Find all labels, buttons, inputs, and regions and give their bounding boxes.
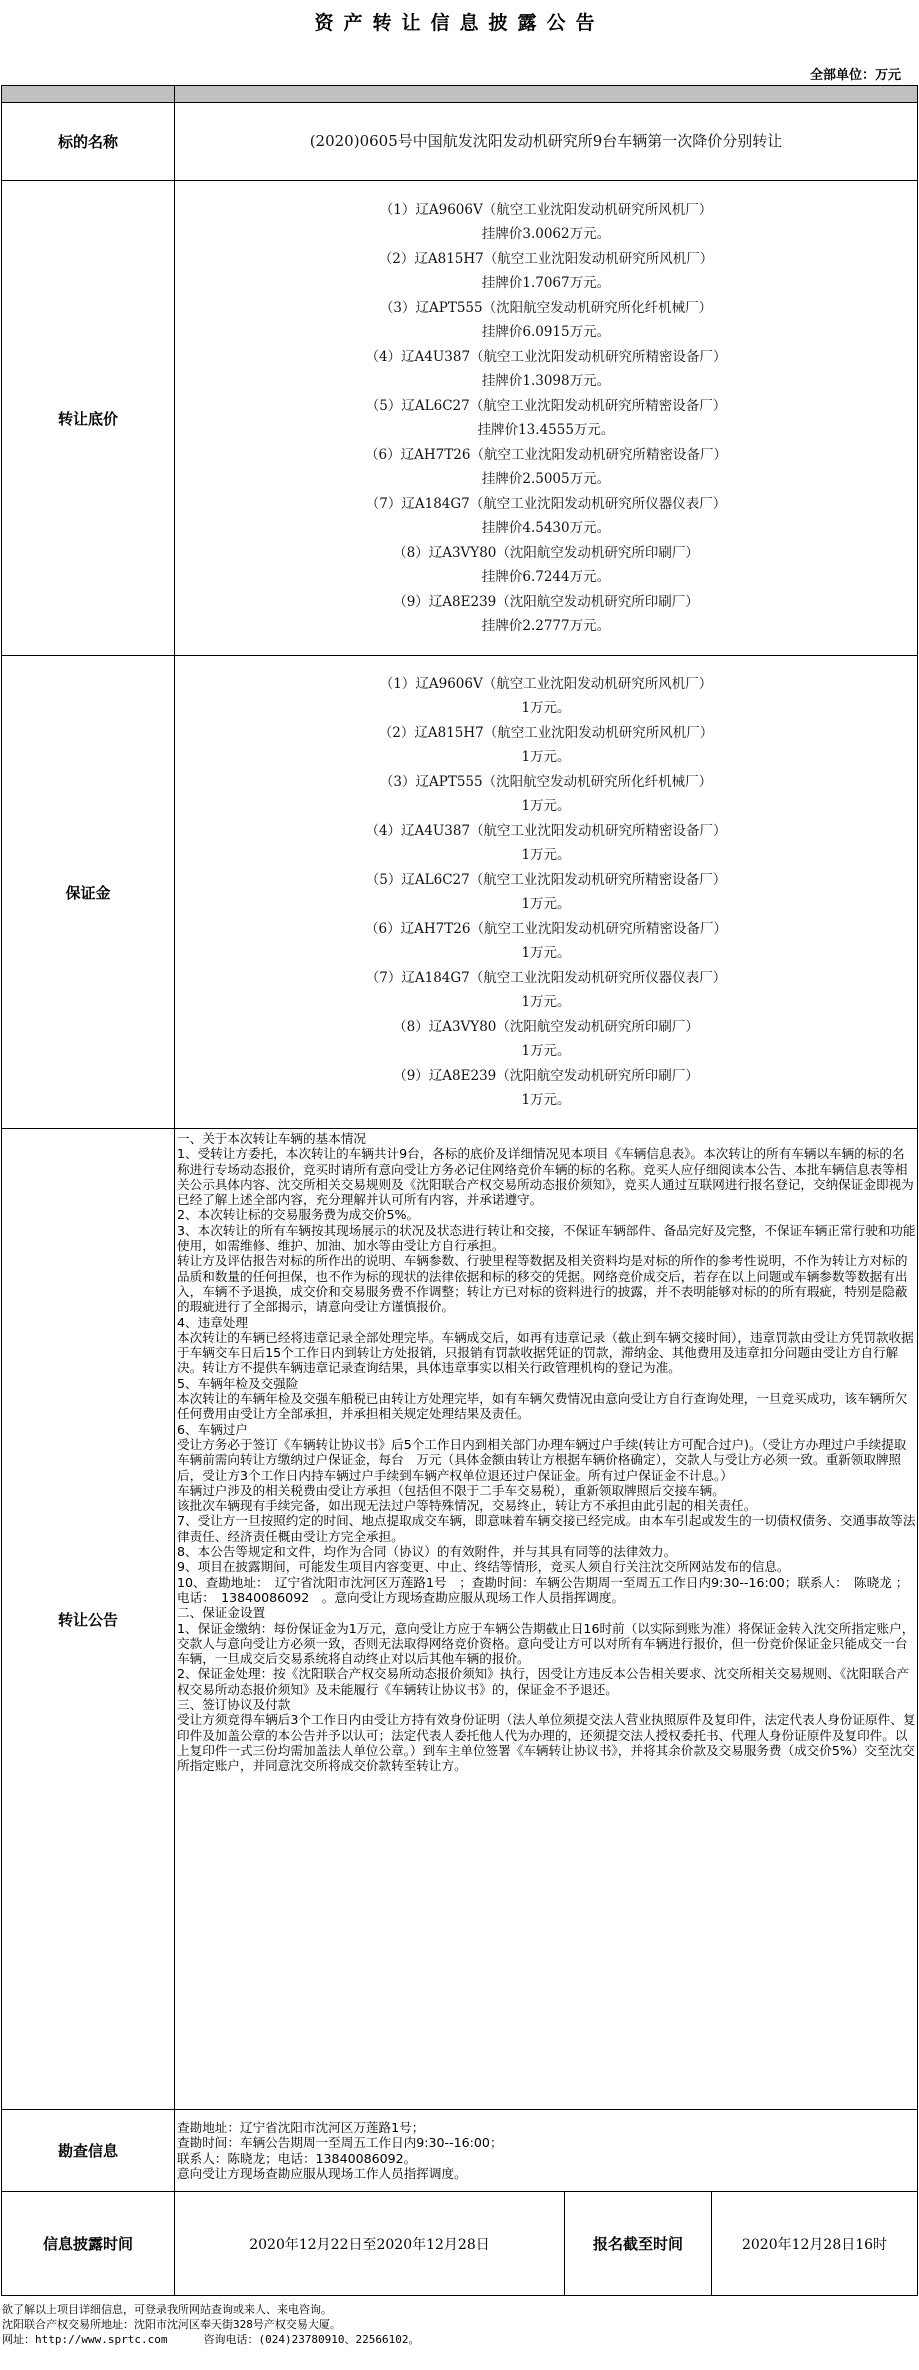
notice-paragraph: 2、本次转让标的交易服务费为成交价5%。 (177, 1207, 917, 1222)
row-disclosure-time: 信息披露时间 2020年12月22日至2020年12月28日 报名截至时间 20… (2, 2192, 918, 2296)
notice-paragraph: 5、车辆年检及交强险 (177, 1376, 917, 1391)
notice-paragraph: 该批次车辆现有手续完备，如出现无法过户等特殊情况，交易终止，转让方不承担由此引起… (177, 1498, 917, 1513)
website-label: 网址： (2, 2333, 35, 2346)
deposit-vehicle-1: （1）辽A9606V（航空工业沈阳发动机研究所风机厂） (175, 672, 917, 697)
price-8: 挂牌价6.7244万元。 (175, 565, 917, 590)
deposit-amount-5: 1万元。 (175, 892, 917, 917)
deposit-amount-3: 1万元。 (175, 794, 917, 819)
notice-paragraph: 7、受让方一旦按照约定的时间、地点提取成交车辆，即意味着车辆交接已经完成。由本车… (177, 1513, 917, 1544)
unit-label: 全部单位：万元 (810, 64, 901, 83)
deposit-amount-1: 1万元。 (175, 696, 917, 721)
phone-number: (024)23780910、22566102。 (258, 2333, 419, 2346)
deposit-amount-2: 1万元。 (175, 745, 917, 770)
price-1: 挂牌价3.0062万元。 (175, 222, 917, 247)
deposit-vehicle-9: （9）辽A8E239（沈阳航空发动机研究所印刷厂） (175, 1064, 917, 1089)
notice-paragraph: 1、保证金缴纳：每份保证金为1万元，意向受让方应于车辆公告期截止日16时前（以实… (177, 1621, 917, 1667)
deposit-vehicle-5: （5）辽AL6C27（航空工业沈阳发动机研究所精密设备厂） (175, 868, 917, 893)
deposit-vehicle-3: （3）辽APT555（沈阳航空发动机研究所化纤机械厂） (175, 770, 917, 795)
notice-paragraph: 一、关于本次转让车辆的基本情况 (177, 1131, 917, 1146)
notice-paragraph: 本次转让的车辆已经将违章记录全部处理完毕。车辆成交后，如再有违章记录（截止到车辆… (177, 1330, 917, 1376)
price-9: 挂牌价2.2777万元。 (175, 614, 917, 639)
notice-paragraph: 车辆过户涉及的相关税费由受让方承担（包括但不限于二手车交易税），重新领取牌照后交… (177, 1483, 917, 1498)
notice-label: 转让公告 (2, 1129, 175, 2110)
deposit-vehicle-2: （2）辽A815H7（航空工业沈阳发动机研究所风机厂） (175, 721, 917, 746)
disclosure-table: 标的名称 (2020)0605号中国航发沈阳发动机研究所9台车辆第一次降价分别转… (1, 85, 918, 2296)
notice-paragraph: 1、受转让方委托，本次转让的车辆共计9台，各标的底价及详细情况见本项目《车辆信息… (177, 1146, 917, 1207)
survey-time: 查勘时间：车辆公告期周一至周五工作日内9:30--16:00； (177, 2135, 917, 2150)
footer-address: 沈阳联合产权交易所地址：沈阳市沈河区奉天街328号产权交易大厦。 (2, 2317, 420, 2332)
vehicle-4: （4）辽A4U387（航空工业沈阳发动机研究所精密设备厂） (175, 345, 917, 370)
header-row (2, 86, 918, 103)
header-cell-left (2, 86, 175, 103)
footer-info: 欲了解以上项目详细信息，可登录我所网站查询或来人、来电咨询。 (2, 2302, 420, 2317)
footer-contact: 网址：http://www.sprtc.com咨询电话：(024)2378091… (2, 2332, 420, 2347)
deposit-amount-8: 1万元。 (175, 1039, 917, 1064)
row-survey: 勘查信息 查勘地址：辽宁省沈阳市沈河区万莲路1号； 查勘时间：车辆公告期周一至周… (2, 2110, 918, 2192)
notice-paragraph: 10、查勘地址： 辽宁省沈阳市沈河区万莲路1号 ；查勘时间：车辆公告期周一至周五… (177, 1575, 917, 1606)
price-4: 挂牌价1.3098万元。 (175, 369, 917, 394)
price-3: 挂牌价6.0915万元。 (175, 320, 917, 345)
base-price-list: （1）辽A9606V（航空工业沈阳发动机研究所风机厂） 挂牌价3.0062万元。… (175, 181, 918, 656)
price-6: 挂牌价2.5005万元。 (175, 467, 917, 492)
price-2: 挂牌价1.7067万元。 (175, 271, 917, 296)
vehicle-5: （5）辽AL6C27（航空工业沈阳发动机研究所精密设备厂） (175, 394, 917, 419)
notice-paragraph: 转让方及评估报告对标的所作出的说明、车辆参数、行驶里程等数据及相关资料均是对标的… (177, 1253, 917, 1314)
deposit-amount-4: 1万元。 (175, 843, 917, 868)
row-base-price: 转让底价 （1）辽A9606V（航空工业沈阳发动机研究所风机厂） 挂牌价3.00… (2, 181, 918, 656)
deposit-label: 保证金 (2, 656, 175, 1129)
vehicle-3: （3）辽APT555（沈阳航空发动机研究所化纤机械厂） (175, 296, 917, 321)
footer: 欲了解以上项目详细信息，可登录我所网站查询或来人、来电咨询。 沈阳联合产权交易所… (2, 2302, 420, 2347)
notice-paragraph: 受让方务必于签订《车辆转让协议书》后5个工作日内到相关部门办理车辆过户手续(转让… (177, 1437, 917, 1483)
notice-paragraph: 受让方须竞得车辆后3个工作日内由受让方持有效身份证明（法人单位须提交法人营业执照… (177, 1712, 917, 1773)
notice-paragraph: 4、违章处理 (177, 1315, 917, 1330)
vehicle-2: （2）辽A815H7（航空工业沈阳发动机研究所风机厂） (175, 247, 917, 272)
subject-name-label: 标的名称 (2, 103, 175, 181)
disclosure-time-label: 信息披露时间 (2, 2192, 175, 2296)
survey-note: 意向受让方现场查勘应服从现场工作人员指挥调度。 (177, 2166, 917, 2181)
price-7: 挂牌价4.5430万元。 (175, 516, 917, 541)
notice-paragraph: 8、本公告等规定和文件，均作为合同（协议）的有效附件，并与其具有同等的法律效力。 (177, 1544, 917, 1559)
deadline-label: 报名截至时间 (565, 2192, 712, 2296)
deposit-amount-9: 1万元。 (175, 1088, 917, 1113)
subject-name-value: (2020)0605号中国航发沈阳发动机研究所9台车辆第一次降价分别转让 (175, 103, 918, 181)
notice-paragraph: 三、签订协议及付款 (177, 1697, 917, 1712)
deposit-vehicle-7: （7）辽A184G7（航空工业沈阳发动机研究所仪器仪表厂） (175, 966, 917, 991)
vehicle-7: （7）辽A184G7（航空工业沈阳发动机研究所仪器仪表厂） (175, 492, 917, 517)
notice-paragraph: 二、保证金设置 (177, 1605, 917, 1620)
survey-address: 查勘地址：辽宁省沈阳市沈河区万莲路1号； (177, 2120, 917, 2135)
page-title: 资产转让信息披露公告 (0, 8, 919, 35)
survey-body: 查勘地址：辽宁省沈阳市沈河区万莲路1号； 查勘时间：车辆公告期周一至周五工作日内… (175, 2110, 918, 2192)
notice-paragraph: 6、车辆过户 (177, 1422, 917, 1437)
website-link[interactable]: http://www.sprtc.com (35, 2333, 167, 2346)
notice-paragraph: 本次转让的车辆年检及交强车船税已由转让方处理完毕，如有车辆欠费情况由意向受让方自… (177, 1391, 917, 1422)
header-cell-right (175, 86, 918, 103)
deposit-vehicle-8: （8）辽A3VY80（沈阳航空发动机研究所印刷厂） (175, 1015, 917, 1040)
deadline-value: 2020年12月28日16时 (712, 2192, 918, 2296)
vehicle-8: （8）辽A3VY80（沈阳航空发动机研究所印刷厂） (175, 541, 917, 566)
survey-contact: 联系人：陈晓龙；电话：13840086092。 (177, 2151, 917, 2166)
disclosure-time-value: 2020年12月22日至2020年12月28日 (175, 2192, 565, 2296)
survey-label: 勘查信息 (2, 2110, 175, 2192)
notice-paragraph: 3、本次转让的所有车辆按其现场展示的状况及状态进行转让和交接，不保证车辆部件、备… (177, 1223, 917, 1254)
vehicle-9: （9）辽A8E239（沈阳航空发动机研究所印刷厂） (175, 590, 917, 615)
row-notice: 转让公告 一、关于本次转让车辆的基本情况 1、受转让方委托，本次转让的车辆共计9… (2, 1129, 918, 2110)
deposit-amount-7: 1万元。 (175, 990, 917, 1015)
price-5: 挂牌价13.4555万元。 (175, 418, 917, 443)
row-subject-name: 标的名称 (2020)0605号中国航发沈阳发动机研究所9台车辆第一次降价分别转… (2, 103, 918, 181)
deposit-vehicle-6: （6）辽AH7T26（航空工业沈阳发动机研究所精密设备厂） (175, 917, 917, 942)
vehicle-6: （6）辽AH7T26（航空工业沈阳发动机研究所精密设备厂） (175, 443, 917, 468)
notice-paragraph: 2、保证金处理：按《沈阳联合产权交易所动态报价须知》执行，因受让方违反本公告相关… (177, 1666, 917, 1697)
phone-label: 咨询电话： (203, 2333, 258, 2346)
notice-paragraph: 9、项目在披露期间，可能发生项目内容变更、中止、终结等情形，竞买人须自行关注沈交… (177, 1559, 917, 1574)
deposit-list: （1）辽A9606V（航空工业沈阳发动机研究所风机厂） 1万元。 （2）辽A81… (175, 656, 918, 1129)
base-price-label: 转让底价 (2, 181, 175, 656)
deposit-amount-6: 1万元。 (175, 941, 917, 966)
row-deposit: 保证金 （1）辽A9606V（航空工业沈阳发动机研究所风机厂） 1万元。 （2）… (2, 656, 918, 1129)
deposit-vehicle-4: （4）辽A4U387（航空工业沈阳发动机研究所精密设备厂） (175, 819, 917, 844)
vehicle-1: （1）辽A9606V（航空工业沈阳发动机研究所风机厂） (175, 198, 917, 223)
notice-body: 一、关于本次转让车辆的基本情况 1、受转让方委托，本次转让的车辆共计9台，各标的… (175, 1129, 918, 2110)
